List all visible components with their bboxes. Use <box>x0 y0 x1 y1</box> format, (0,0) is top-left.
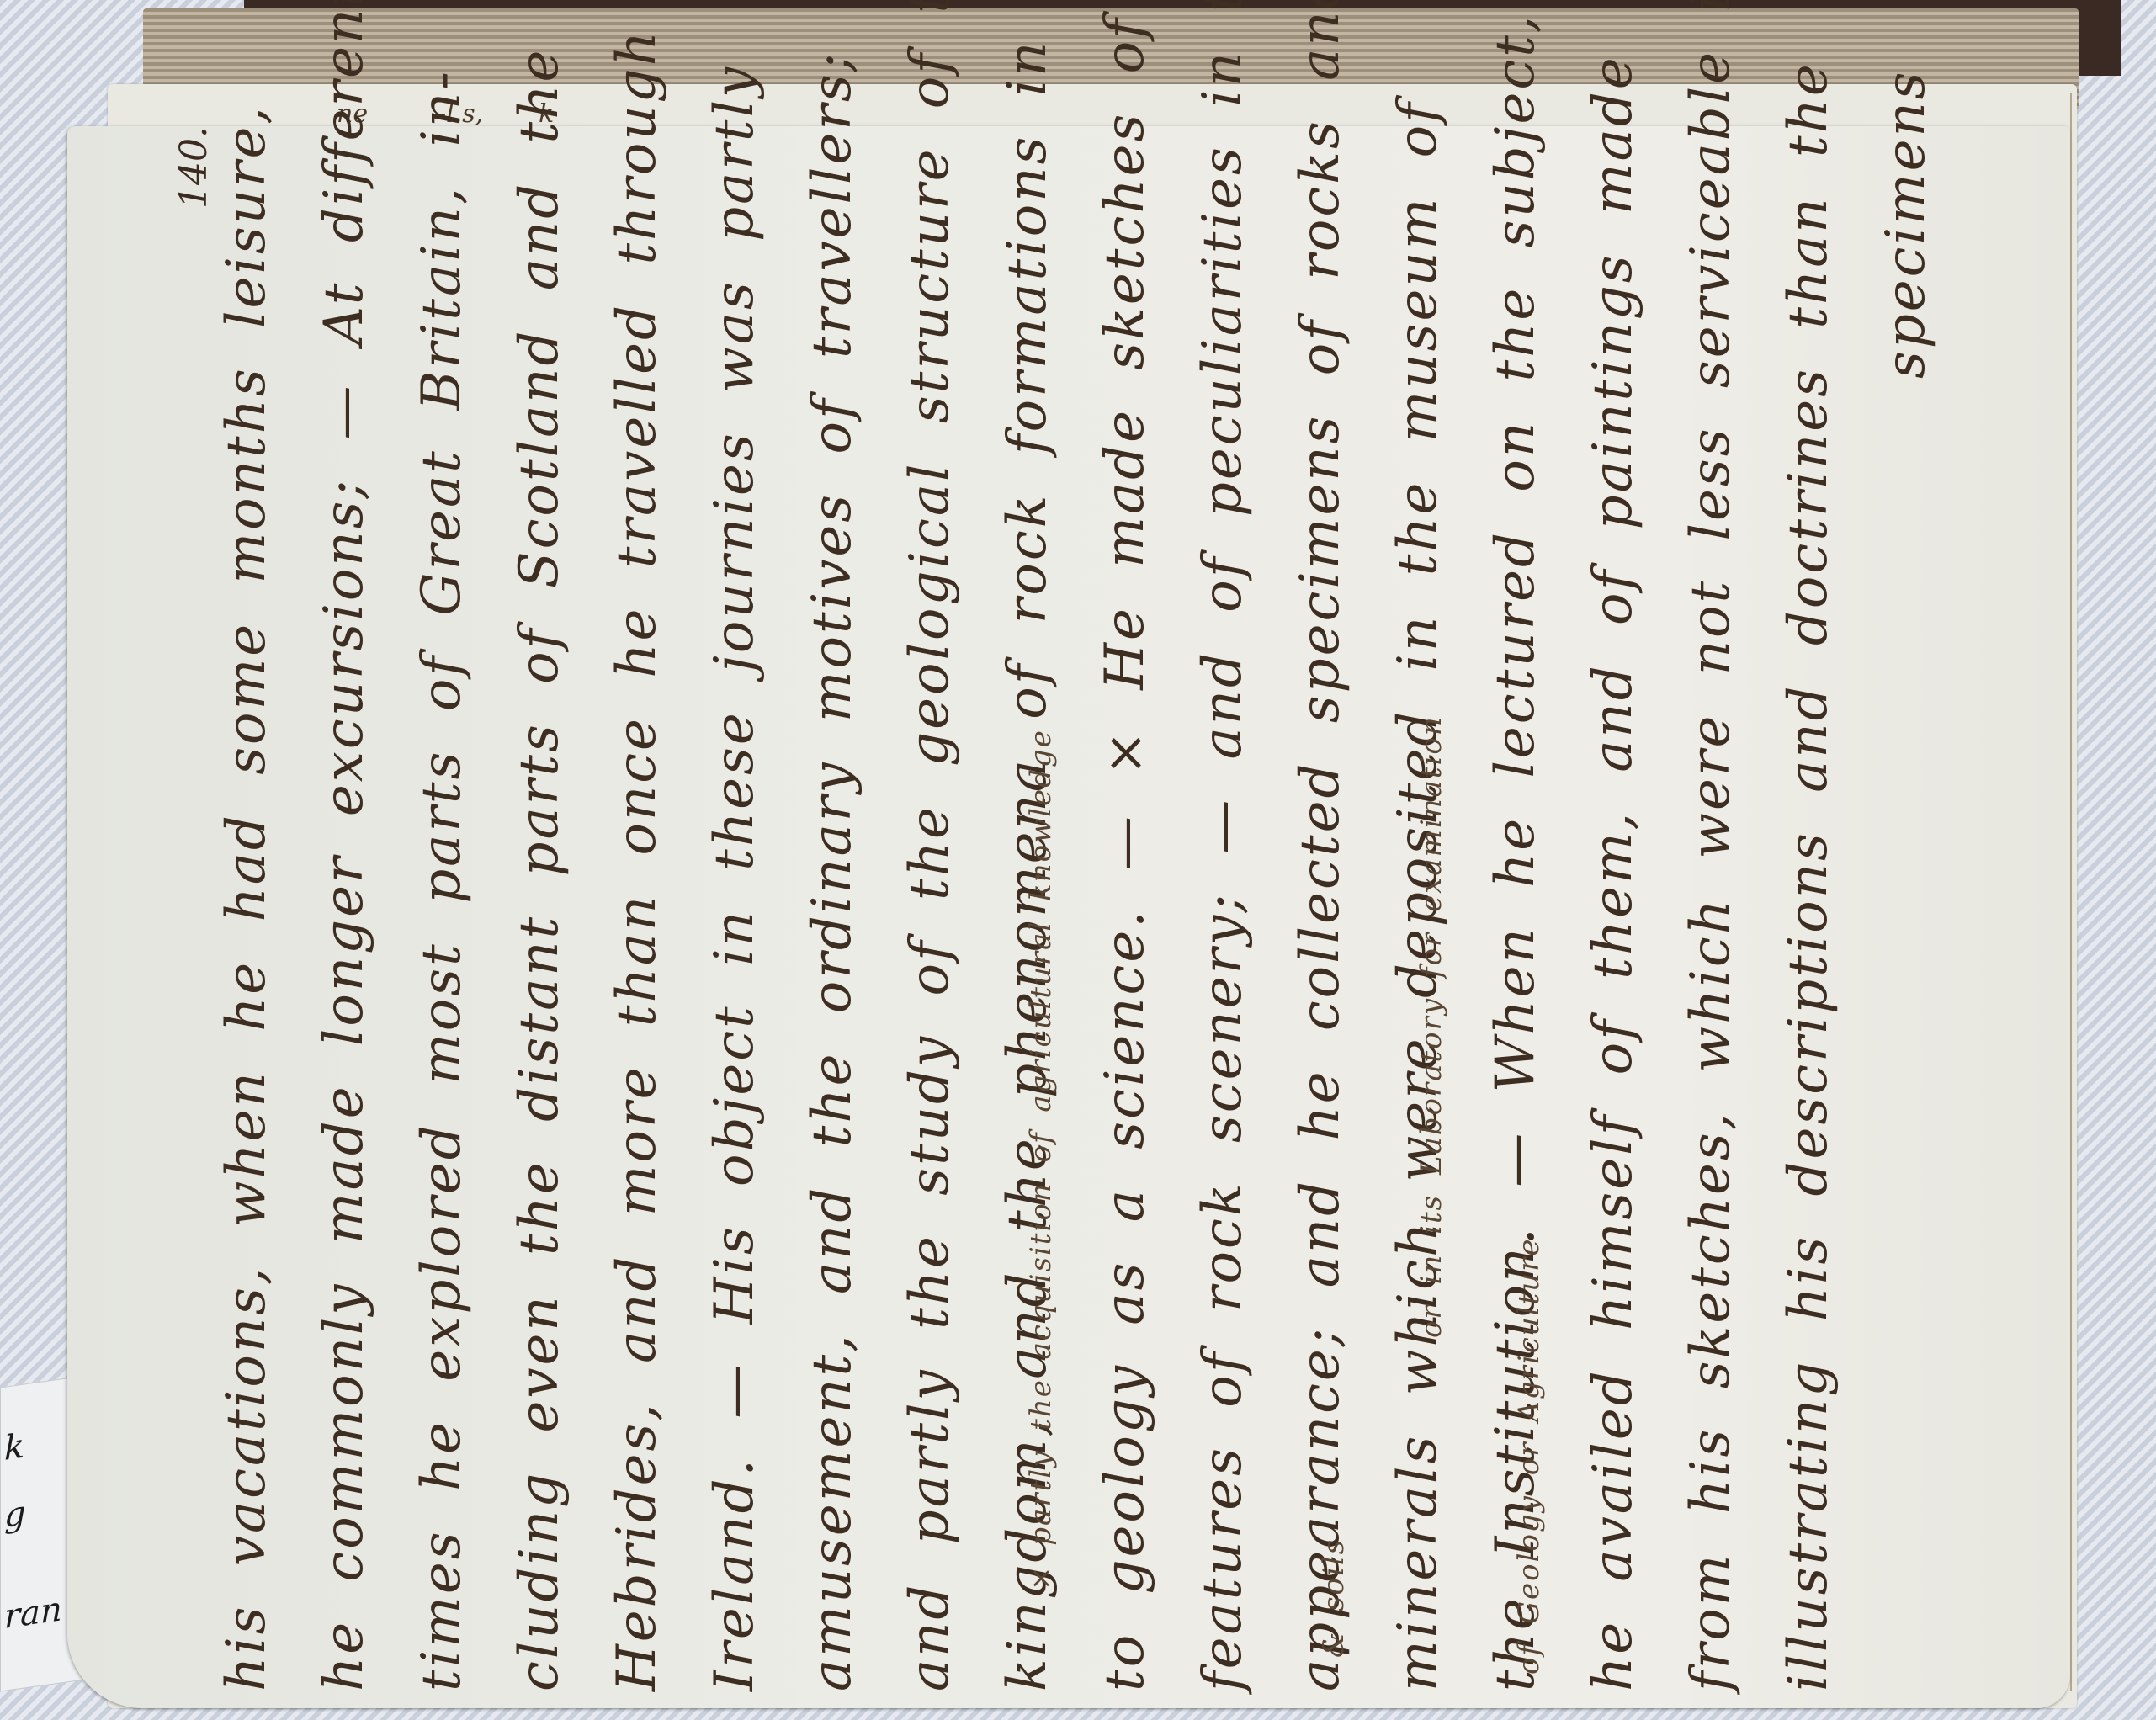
manuscript-line: Ireland. — His object in these journies … <box>686 126 783 1691</box>
manuscript-line: features of rock scenery; — and of pecul… <box>1174 126 1272 1691</box>
interlinear-insertion: or in its Laboratory for examination <box>1415 715 1448 1338</box>
manuscript-line: illustrating his descriptions and doctri… <box>1760 126 1857 1691</box>
manuscript-line: specimens <box>1857 126 1955 1691</box>
page-fold-line <box>2070 93 2072 1691</box>
manuscript-line: times he explored most parts of Great Br… <box>393 126 491 1691</box>
slip-fragment: k <box>4 1426 24 1468</box>
manuscript-line: his vacations, when he had some months l… <box>198 126 295 1691</box>
slip-fragment: g <box>4 1494 26 1536</box>
manuscript-line: amusement, and the ordinary motives of t… <box>783 126 881 1691</box>
manuscript-line: appearance; and he collected specimens o… <box>1272 126 1369 1691</box>
manuscript-line: of Geology or Agriculture he availed him… <box>1564 126 1662 1691</box>
interlinear-insertion: & soils <box>1317 1538 1351 1658</box>
manuscript-line: cluding even the distant parts of Scotla… <box>491 126 588 1691</box>
manuscript-line: Hebrides, and more than once he travelle… <box>588 126 686 1691</box>
manuscript-text: 140. his vacations, when he had some mon… <box>198 126 1955 1691</box>
interlinear-insertion: of Geology or Agriculture <box>1512 1238 1546 1675</box>
manuscript-line: from his sketches, which were not less s… <box>1662 126 1760 1691</box>
interlinear-insertion: × partly the acquisition of agricultural… <box>1024 729 1058 1590</box>
manuscript-line: × partly the acquisition of agricultural… <box>1076 126 1174 1691</box>
manuscript-line: and partly the study of the geological s… <box>881 126 979 1691</box>
slip-fragment: ran <box>4 1590 62 1637</box>
manuscript-line: he commonly made longer excursions; — At… <box>295 126 393 1691</box>
